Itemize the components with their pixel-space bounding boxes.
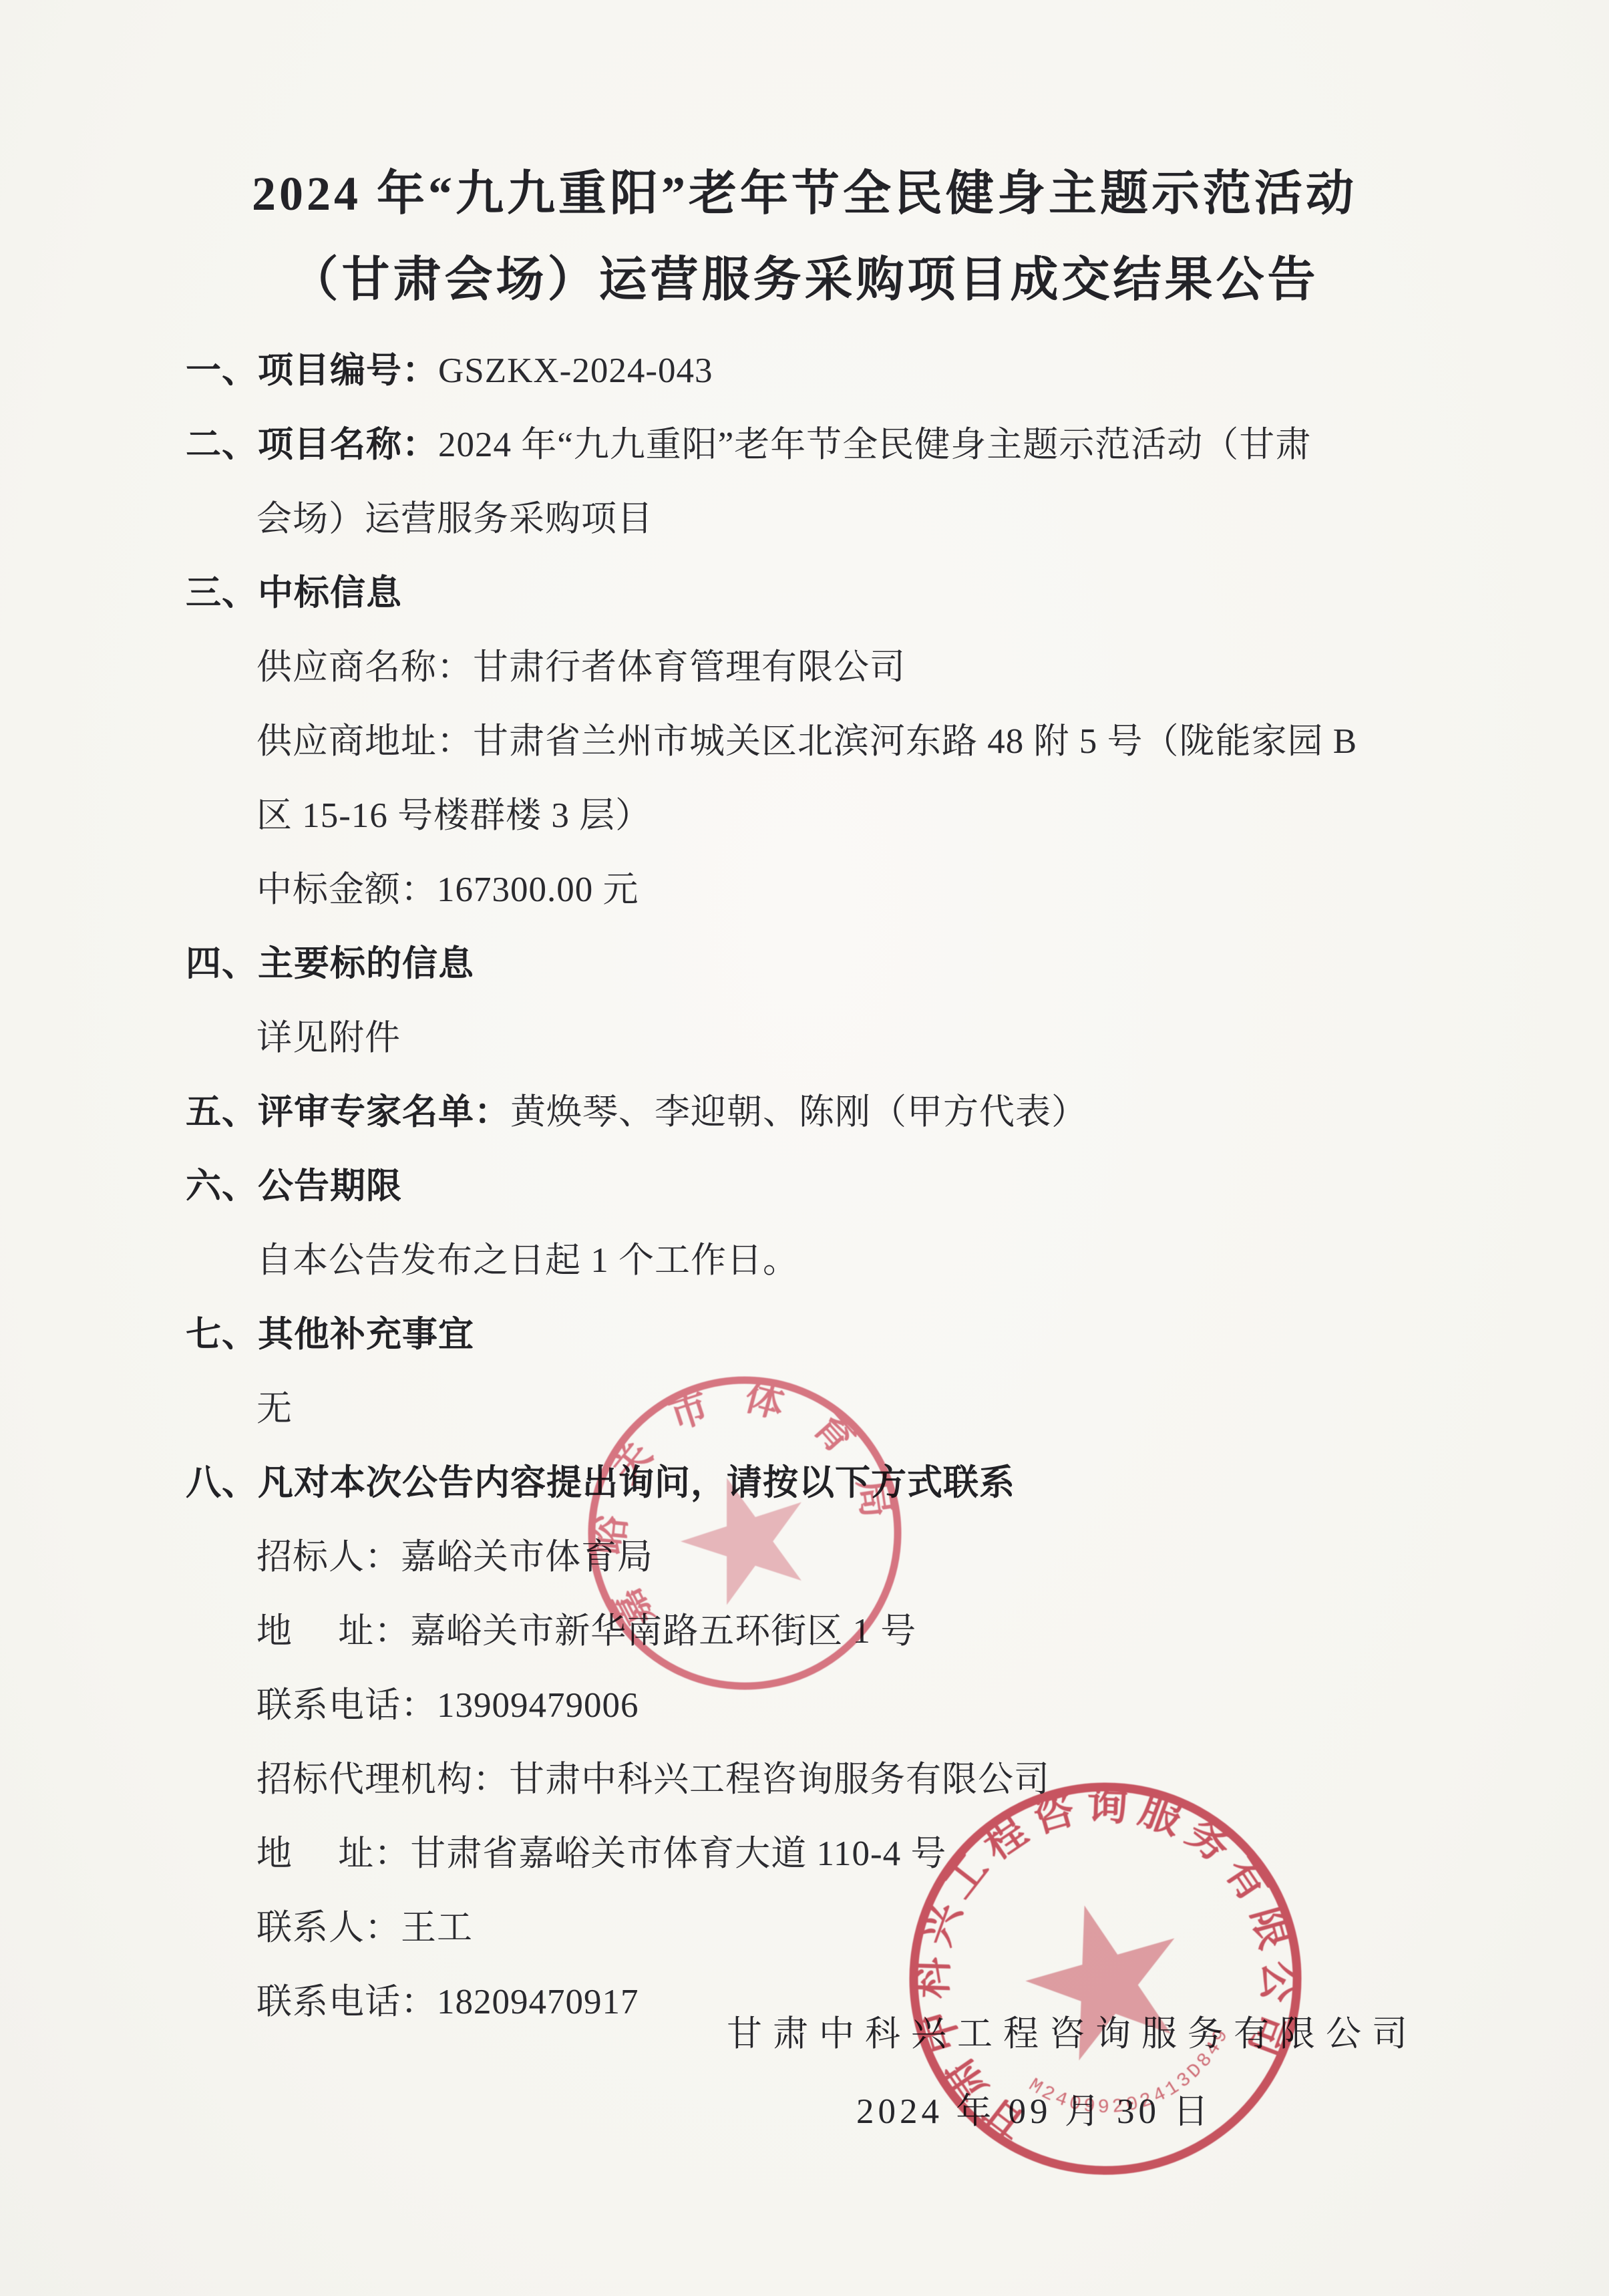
doc-line-label: 二、项目名称： [186, 426, 438, 464]
doc-line-text: 自本公告发布之日起 1 个工作日。 [256, 1241, 799, 1280]
doc-line: 五、评审专家名单：黄焕琴、李迎朝、陈刚（甲方代表） [186, 1076, 1609, 1150]
doc-line-text: 招标代理机构：甘肃中科兴工程咨询服务有限公司 [256, 1760, 1050, 1799]
document-body: 一、项目编号：GSZKX-2024-043二、项目名称：2024 年“九九重阳”… [0, 334, 1609, 2039]
doc-line-text: 区 15-16 号楼群楼 3 层） [256, 796, 651, 835]
signature-company: 甘肃中科兴工程咨询服务有限公司 [727, 2005, 1418, 2056]
doc-line-label: 五、评审专家名单： [186, 1093, 510, 1132]
doc-line-label: 六、公告期限 [186, 1167, 402, 1206]
doc-line: 七、其他补充事宜 [186, 1298, 1609, 1372]
doc-line: 招标代理机构：甘肃中科兴工程咨询服务有限公司 [186, 1743, 1609, 1817]
doc-line-text: 无 [256, 1389, 293, 1428]
doc-line: 详见附件 [186, 1001, 1609, 1076]
doc-line-label: 七、其他补充事宜 [186, 1315, 474, 1354]
doc-line-text: 地 址：甘肃省嘉峪关市体育大道 110-4 号 [256, 1834, 946, 1873]
doc-line-text: 联系电话：13909479006 [256, 1686, 639, 1725]
doc-line: 供应商名称：甘肃行者体育管理有限公司 [186, 631, 1609, 705]
doc-line-text: 联系人：王工 [256, 1909, 473, 1947]
doc-line-label: 四、主要标的信息 [186, 945, 474, 983]
doc-line: 二、项目名称：2024 年“九九重阳”老年节全民健身主题示范活动（甘肃 [186, 408, 1609, 482]
doc-line: 一、项目编号：GSZKX-2024-043 [186, 334, 1609, 408]
doc-line: 三、中标信息 [186, 556, 1609, 631]
doc-line-text: 供应商名称：甘肃行者体育管理有限公司 [256, 648, 906, 687]
doc-line-label: 三、中标信息 [186, 574, 402, 613]
doc-line: 六、公告期限 [186, 1150, 1609, 1224]
doc-line: 自本公告发布之日起 1 个工作日。 [186, 1224, 1609, 1298]
doc-line: 联系电话：13909479006 [186, 1669, 1609, 1743]
doc-line: 无 [186, 1372, 1609, 1446]
signature-date: 2024 年 09 月 30 日 [856, 2083, 1212, 2134]
doc-line-text: 供应商地址：甘肃省兰州市城关区北滨河东路 48 附 5 号（陇能家园 B [256, 722, 1357, 761]
doc-line: 会场）运营服务采购项目 [186, 482, 1609, 556]
document-title-line-2: （甘肃会场）运营服务采购项目成交结果公告 [0, 237, 1609, 323]
doc-line: 地 址：嘉峪关市新华南路五环街区 1 号 [186, 1595, 1609, 1669]
document-title-line-1: 2024 年“九九重阳”老年节全民健身主题示范活动 [0, 151, 1609, 237]
doc-line: 地 址：甘肃省嘉峪关市体育大道 110-4 号 [186, 1817, 1609, 1891]
doc-line-text: 招标人：嘉峪关市体育局 [256, 1538, 653, 1577]
doc-line-label: 八、凡对本次公告内容提出询问，请按以下方式联系 [186, 1464, 1015, 1502]
document-page: 2024 年“九九重阳”老年节全民健身主题示范活动 （甘肃会场）运营服务采购项目… [0, 0, 1609, 2296]
doc-line: 招标人：嘉峪关市体育局 [186, 1520, 1609, 1595]
doc-line-text: 2024 年“九九重阳”老年节全民健身主题示范活动（甘肃 [438, 426, 1311, 464]
doc-line: 区 15-16 号楼群楼 3 层） [186, 779, 1609, 853]
doc-line-text: 地 址：嘉峪关市新华南路五环街区 1 号 [256, 1612, 916, 1651]
doc-line-text: 中标金额：167300.00 元 [256, 870, 639, 909]
doc-line-text: 联系电话：18209470917 [256, 1983, 639, 2021]
doc-line: 四、主要标的信息 [186, 927, 1609, 1001]
doc-line-text: 会场）运营服务采购项目 [256, 500, 653, 538]
doc-line: 中标金额：167300.00 元 [186, 853, 1609, 927]
doc-line: 供应商地址：甘肃省兰州市城关区北滨河东路 48 附 5 号（陇能家园 B [186, 705, 1609, 779]
document-title: 2024 年“九九重阳”老年节全民健身主题示范活动 （甘肃会场）运营服务采购项目… [0, 0, 1609, 323]
doc-line-label: 一、项目编号： [186, 351, 438, 390]
doc-line: 八、凡对本次公告内容提出询问，请按以下方式联系 [186, 1446, 1609, 1520]
doc-line-text: 黄焕琴、李迎朝、陈刚（甲方代表） [510, 1093, 1087, 1132]
doc-line-text: GSZKX-2024-043 [438, 351, 713, 390]
doc-line: 联系人：王工 [186, 1891, 1609, 1965]
doc-line-text: 详见附件 [256, 1019, 401, 1057]
